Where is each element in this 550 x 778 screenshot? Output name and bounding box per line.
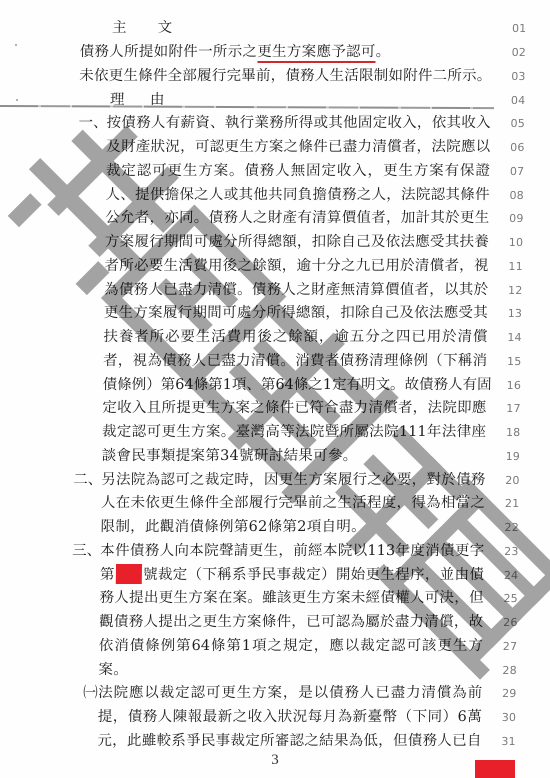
- document-line: 債條例）第64條第1項、第64條之1定有明文。故債務人有固 16: [0, 374, 545, 398]
- document-line: 第號裁定（下稱系爭民事裁定）開始更生程序，並由債 24: [0, 564, 542, 588]
- line-number: 31: [501, 730, 516, 754]
- line-number: 09: [509, 207, 524, 231]
- document-line: 扶養者所必要生活費用後之餘額，逾五分之四已用於清償 14: [0, 326, 546, 350]
- line-text: 人、提供擔保之人或其他共同負擔債務之人，法院認其條件: [105, 184, 489, 208]
- line-number: 12: [508, 279, 523, 303]
- document-line: 未依更生條件全部履行完畢前，債務人生活限制如附件二所示。 03: [0, 65, 549, 89]
- document-line: 人在未依更生條件全部履行完畢前之生活程度，得為相當之 21: [0, 492, 543, 516]
- document-line: 為債務人已盡力清償。債務人之財產無清算價值者，以其於 12: [0, 279, 546, 303]
- document-line: 二、 另法院為認可之裁定時，因更生方案履行之必要，對於債務 20: [0, 469, 543, 493]
- sub-item-marker: ㈠: [83, 682, 98, 706]
- ruling-text: 債務人所提如附件一所示之: [80, 44, 258, 60]
- line-number: 29: [502, 682, 517, 706]
- document-line: 限制，此觀消債條例第62條第2項自明。 22: [0, 516, 543, 540]
- line-number: 04: [511, 89, 526, 113]
- corner-redaction-box: [475, 760, 515, 778]
- document-line: 裁定認可更生方案。臺灣高等法院暨所屬法院111年法律座 18: [0, 421, 544, 445]
- line-number: 16: [507, 374, 522, 398]
- heading-main: 主文: [112, 17, 203, 41]
- line-number: 21: [505, 492, 520, 516]
- document-line: 提，債務人陳報最新之收入狀況每月為新臺幣（下同）6萬 30: [0, 706, 540, 730]
- redaction-box: [116, 564, 142, 584]
- line-text-start: 第: [100, 567, 115, 583]
- line-text: 公允者，亦同。債務人之財產有清算價值者，加計其於更生: [105, 207, 489, 231]
- document-line: 人、提供擔保之人或其他共同負擔債務之人，法院認其條件 08: [0, 184, 548, 208]
- ruling-text-end: 。: [376, 44, 391, 60]
- document-line: 更生方案履行期間可處分所得總額，扣除自己及依法應受其 13: [0, 302, 546, 326]
- line-number: 15: [507, 350, 522, 374]
- line-number: 03: [511, 65, 526, 89]
- line-text: 者，視為債務人已盡力清償。消費者債務清理條例（下稱消: [103, 350, 487, 374]
- line-text: 債條例）第64條第1項、第64條之1定有明文。故債務人有固: [103, 374, 487, 398]
- line-text: 限制，此觀消債條例第62條第2項自明。: [100, 516, 484, 540]
- line-number: 19: [505, 445, 520, 469]
- document-line: 務人提出更生方案在案。雖該更生方案未經債權人可決，但 25: [0, 587, 542, 611]
- document-line: 裁定認可更生方案。債務人無固定收入，更生方案有保證 07: [0, 160, 548, 184]
- line-number: 06: [510, 136, 525, 160]
- line-number: 07: [510, 160, 525, 184]
- line-text-rest: 號裁定（下稱系爭民事裁定）開始更生程序，並由債: [143, 567, 484, 583]
- document-line: 及財產狀況，可認更生方案之條件已盡力清償者，法院應以 06: [0, 136, 548, 160]
- underlined-text: 更生方案應予認可: [257, 44, 376, 63]
- line-text: 依消債條例第64條第1項之規定，應以裁定認可該更生方: [99, 635, 483, 659]
- line-text: 裁定認可更生方案。臺灣高等法院暨所屬法院111年法律座: [102, 421, 486, 445]
- document-line: 公允者，亦同。債務人之財產有清算價值者，加計其於更生 09: [0, 207, 547, 231]
- document-line: 者所必要生活費用後之餘額，逾十分之九已用於清償者，視 11: [0, 255, 547, 279]
- line-text: 本件債務人向本院聲請更生，前經本院以113年度消債更字: [100, 540, 484, 564]
- item-marker: 一、: [78, 112, 106, 136]
- line-number: 22: [504, 516, 519, 540]
- line-text: 元，此雖較系爭民事裁定所審認之結果為低，但債務人已自: [97, 730, 481, 754]
- line-text: 務人提出更生方案在案。雖該更生方案未經債權人可決，但: [99, 587, 483, 611]
- document-line: 債務人所提如附件一所示之更生方案應予認可。 02: [0, 41, 550, 65]
- line-text: 者所必要生活費用後之餘額，逾十分之九已用於清償者，視: [104, 255, 488, 279]
- line-text: 扶養者所必要生活費用後之餘額，逾五分之四已用於清償: [103, 326, 487, 350]
- line-number: 01: [512, 17, 527, 41]
- document-line: ㈠ 法院應以裁定認可更生方案，是以債務人已盡力清償為前 29: [0, 682, 540, 706]
- line-text: 談會民事類提案第34號研討結果可參。: [101, 445, 485, 469]
- line-text: 及財產狀況，可認更生方案之條件已盡力清償者，法院應以: [106, 136, 490, 160]
- document-line: 主文 01: [0, 17, 550, 41]
- line-number: 23: [504, 540, 519, 564]
- line-number: 27: [503, 635, 518, 659]
- line-text: 提，債務人陳報最新之收入狀況每月為新臺幣（下同）6萬: [98, 706, 482, 730]
- document-line: 依消債條例第64條第1項之規定，應以裁定認可該更生方 27: [0, 635, 541, 659]
- line-text: 定收入且所提更生方案之條件已符合盡力清償者，法院即應: [102, 397, 486, 421]
- item-marker: 二、: [73, 469, 101, 493]
- document-line: 談會民事類提案第34號研討結果可參。 19: [0, 445, 544, 469]
- document-line: 定收入且所提更生方案之條件已符合盡力清償者，法院即應 17: [0, 397, 545, 421]
- document-line: 觀債務人提出之更生方案條件，已可認為屬於盡力清償，故 26: [0, 611, 541, 635]
- line-number: 05: [510, 112, 525, 136]
- line-number: 11: [508, 255, 523, 279]
- line-text: 觀債務人提出之更生方案條件，已可認為屬於盡力清償，故: [99, 611, 483, 635]
- line-number: 28: [502, 659, 517, 683]
- line-text: 方案履行期間可處分所得總額，扣除自己及依法應受其扶養: [105, 231, 489, 255]
- line-text: 裁定認可更生方案。債務人無固定收入，更生方案有保證: [106, 160, 490, 184]
- line-text: 更生方案履行期間可處分所得總額，扣除自己及依法應受其: [104, 302, 488, 326]
- document-line: 案。 28: [0, 659, 541, 683]
- document-line: 三、 本件債務人向本院聲請更生，前經本院以113年度消債更字 23: [0, 540, 542, 564]
- line-number: 14: [507, 326, 522, 350]
- line-text: 人在未依更生條件全部履行完畢前之生活程度，得為相當之: [101, 492, 485, 516]
- line-number: 10: [509, 231, 524, 255]
- heading-reasons: 理由: [110, 89, 190, 113]
- line-text: 法院應以裁定認可更生方案，是以債務人已盡力清償為前: [98, 682, 482, 706]
- item-marker: 三、: [72, 540, 100, 564]
- line-number: 17: [506, 397, 521, 421]
- line-text: 第號裁定（下稱系爭民事裁定）開始更生程序，並由債: [100, 564, 484, 588]
- line-number: 24: [504, 564, 519, 588]
- document-line: 方案履行期間可處分所得總額，扣除自己及依法應受其扶養 10: [0, 231, 547, 255]
- line-text: 另法院為認可之裁定時，因更生方案履行之必要，對於債務: [101, 469, 485, 493]
- document-body: 主文 01 債務人所提如附件一所示之更生方案應予認可。 02 未依更生條件全部履…: [0, 0, 550, 778]
- line-text: 為債務人已盡力清償。債務人之財產無清算價值者，以其於: [104, 279, 488, 303]
- document-line: 者，視為債務人已盡力清償。消費者債務清理條例（下稱消 15: [0, 350, 545, 374]
- line-number: 08: [509, 184, 524, 208]
- line-text: 按債務人有薪資、執行業務所得或其他固定收入，依其收入: [106, 112, 490, 136]
- line-number: 25: [503, 587, 518, 611]
- line-text: 未依更生條件全部履行完畢前，債務人生活限制如附件二所示。: [79, 65, 491, 89]
- ruling-statement: 債務人所提如附件一所示之更生方案應予認可。: [79, 41, 491, 65]
- line-number: 02: [511, 41, 526, 65]
- page-number: 3: [268, 752, 282, 769]
- document-line: 理由 04: [0, 89, 549, 113]
- document-line: 元，此雖較系爭民事裁定所審認之結果為低，但債務人已自 31: [0, 730, 540, 754]
- line-number: 13: [508, 302, 523, 326]
- line-number: 30: [502, 706, 517, 730]
- line-number: 18: [506, 421, 521, 445]
- document-line: 一、 按債務人有薪資、執行業務所得或其他固定收入，依其收入 05: [0, 112, 549, 136]
- scanned-document-page: 主文 01 債務人所提如附件一所示之更生方案應予認可。 02 未依更生條件全部履…: [0, 0, 550, 778]
- line-text: 案。: [98, 659, 482, 683]
- line-number: 26: [503, 611, 518, 635]
- line-number: 20: [505, 469, 520, 493]
